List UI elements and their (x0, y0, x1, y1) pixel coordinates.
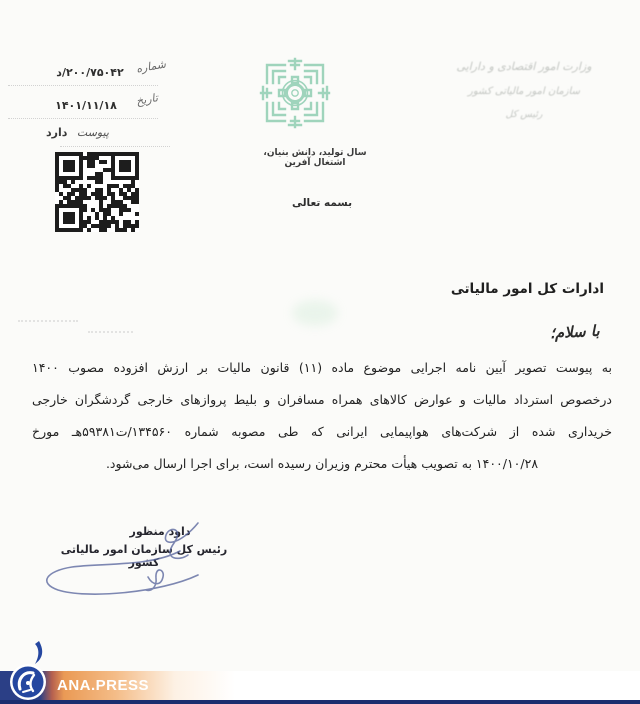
year-slogan: سال تولید، دانش بنیان، اشتغال آفرین (252, 148, 378, 168)
attachment-row: پیوست دارد (46, 126, 109, 139)
brand-name: ANA.PRESS (57, 677, 149, 694)
besmeh-taali: بسمه تعالی (286, 197, 358, 209)
scanned-letter-page: شماره ۲۰۰/۷۵۰۴۲/د تاریخ ۱۴۰۱/۱۱/۱۸ پیوست… (0, 0, 640, 704)
signature-scribble (30, 505, 240, 605)
qr-code (55, 152, 139, 232)
divider-dotted (60, 145, 170, 147)
number-value: ۲۰۰/۷۵۰۴۲/د (48, 66, 132, 79)
body-line: ۱۴۰۰/۱۰/۲۸ به تصویب هیأت محترم وزیران رس… (32, 448, 612, 480)
date-label: تاریخ (135, 91, 159, 108)
body-line: خریداری شده از شرکت‌های هواپیمایی ایرانی… (32, 416, 612, 448)
office-name: رئیس کل (438, 109, 610, 120)
scan-smudge (18, 320, 78, 322)
tax-organization-name: سازمان امور مالیاتی کشور (438, 86, 610, 97)
divider-dotted (8, 117, 158, 119)
ministry-name: وزارت امور اقتصادی و دارایی (438, 60, 610, 73)
ana-press-logo-icon (7, 640, 51, 702)
salutation: با سلام؛ (550, 322, 600, 343)
ministry-letterhead: وزارت امور اقتصادی و دارایی سازمان امور … (438, 60, 610, 120)
body-line: به پیوست تصویر آیین نامه اجرایی موضوع ما… (32, 352, 612, 384)
attachment-label: پیوست (77, 126, 109, 139)
date-value: ۱۴۰۱/۱۱/۱۸ (50, 99, 122, 112)
tax-organization-emblem-icon (258, 56, 332, 130)
body-line: درخصوص استرداد مالیات و عوارض کالاهای هم… (32, 384, 612, 416)
scan-smudge (88, 331, 133, 333)
number-label: شماره (135, 57, 167, 75)
letter-body: به پیوست تصویر آیین نامه اجرایی موضوع ما… (32, 352, 612, 480)
recipient-line: ادارات کل امور مالیاتی (451, 281, 604, 297)
divider-dotted (8, 84, 158, 86)
footer-bottom-line (0, 700, 640, 704)
scan-smudge (292, 300, 338, 326)
attachment-value: دارد (46, 126, 67, 139)
